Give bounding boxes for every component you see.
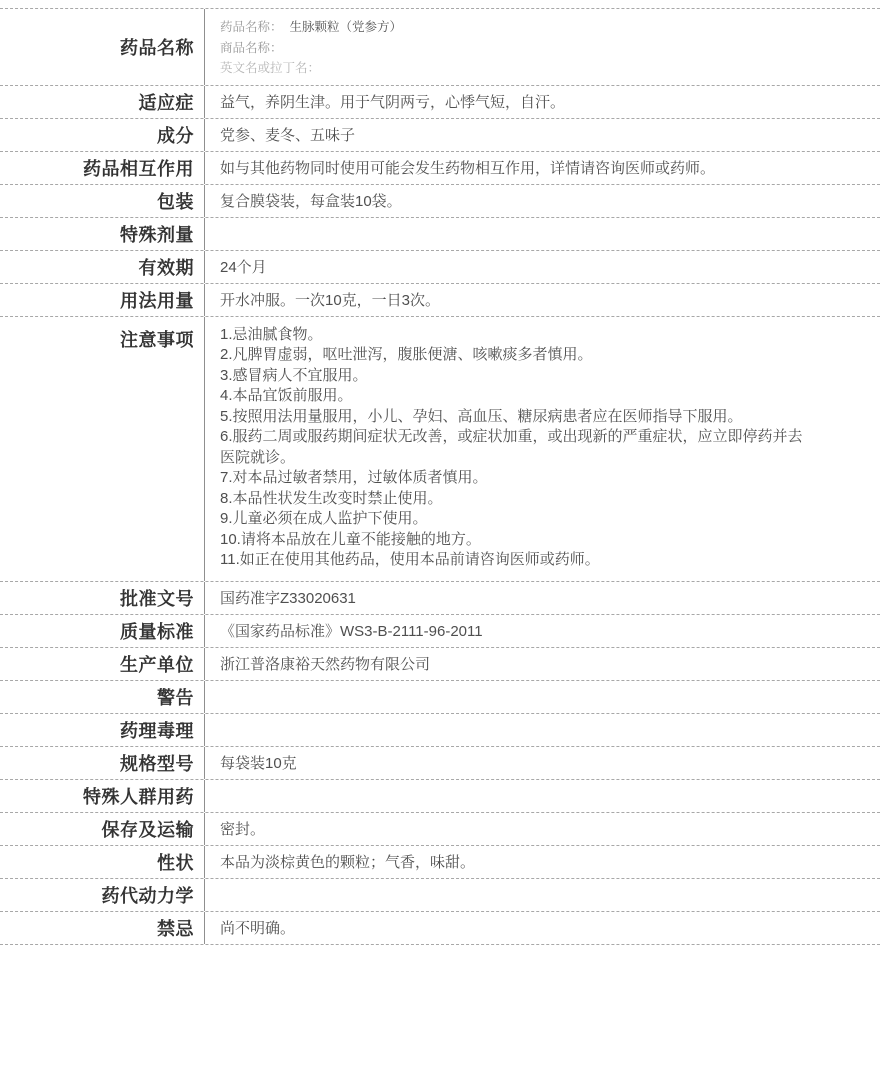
precautions-cell: 1.忌油腻食物。 2.凡脾胃虚弱，呕吐泄泻，腹胀便溏、咳嗽痰多者慎用。 3.感冒… (205, 317, 880, 581)
row-value (205, 879, 880, 911)
table-row-special-dosage: 特殊剂量 (0, 218, 880, 251)
table-row-precautions: 注意事项 1.忌油腻食物。 2.凡脾胃虚弱，呕吐泄泻，腹胀便溏、咳嗽痰多者慎用。… (0, 317, 880, 582)
row-value: 浙江普洛康裕天然药物有限公司 (205, 648, 880, 680)
page: 药品名称 药品名称：生脉颗粒（党参方） 商品名称： 英文名或拉丁名： 适应症 益… (0, 0, 880, 945)
table-row-pharmacology: 药理毒理 (0, 714, 880, 747)
note-line: 3.感冒病人不宜服用。 (220, 366, 865, 387)
table-row-approval-number: 批准文号 国药准字Z33020631 (0, 582, 880, 615)
table-row-special-population: 特殊人群用药 (0, 780, 880, 813)
row-value: 《国家药品标准》WS3-B-2111-96-2011 (205, 615, 880, 647)
table-row-interactions: 药品相互作用 如与其他药物同时使用可能会发生药物相互作用，详情请咨询医师或药师。 (0, 152, 880, 185)
row-value: 24个月 (205, 251, 880, 283)
row-value: 本品为淡棕黄色的颗粒；气香，味甜。 (205, 846, 880, 878)
row-label: 适应症 (0, 86, 205, 118)
note-line: 10.请将本品放在儿童不能接触的地方。 (220, 530, 865, 551)
table-row-specification: 规格型号 每袋装10克 (0, 747, 880, 780)
drug-info-table: 药品名称 药品名称：生脉颗粒（党参方） 商品名称： 英文名或拉丁名： 适应症 益… (0, 8, 880, 945)
field-value: 生脉颗粒（党参方） (290, 20, 403, 34)
row-value: 密封。 (205, 813, 880, 845)
row-label: 药代动力学 (0, 879, 205, 911)
table-row-dosage: 用法用量 开水冲服。一次10克，一日3次。 (0, 284, 880, 317)
row-label: 保存及运输 (0, 813, 205, 845)
row-label: 性状 (0, 846, 205, 878)
row-value: 益气，养阴生津。用于气阴两亏，心悸气短，自汗。 (205, 86, 880, 118)
row-label: 有效期 (0, 251, 205, 283)
table-row-contraindications: 禁忌 尚不明确。 (0, 912, 880, 945)
latin-name-line: 英文名或拉丁名： (220, 58, 865, 79)
row-value (205, 780, 880, 812)
row-value (205, 714, 880, 746)
row-value: 国药准字Z33020631 (205, 582, 880, 614)
row-value: 党参、麦冬、五味子 (205, 119, 880, 151)
field-key: 商品名称： (220, 41, 283, 55)
row-label: 用法用量 (0, 284, 205, 316)
drug-name-cell: 药品名称：生脉颗粒（党参方） 商品名称： 英文名或拉丁名： (205, 9, 880, 85)
row-value (205, 218, 880, 250)
drug-name-line: 药品名称：生脉颗粒（党参方） (220, 17, 865, 38)
row-value: 尚不明确。 (205, 912, 880, 944)
row-label: 药品名称 (0, 9, 205, 85)
row-label: 药理毒理 (0, 714, 205, 746)
row-label: 质量标准 (0, 615, 205, 647)
row-label: 规格型号 (0, 747, 205, 779)
field-key: 药品名称： (220, 20, 283, 34)
table-row-drug-name: 药品名称 药品名称：生脉颗粒（党参方） 商品名称： 英文名或拉丁名： (0, 9, 880, 86)
table-row-shelf-life: 有效期 24个月 (0, 251, 880, 284)
row-label: 特殊剂量 (0, 218, 205, 250)
field-key: 英文名或拉丁名： (220, 61, 320, 75)
row-label: 成分 (0, 119, 205, 151)
row-value: 复合膜袋装，每盒装10袋。 (205, 185, 880, 217)
row-label: 注意事项 (0, 317, 205, 581)
row-label: 生产单位 (0, 648, 205, 680)
table-row-manufacturer: 生产单位 浙江普洛康裕天然药物有限公司 (0, 648, 880, 681)
table-row-quality-standard: 质量标准 《国家药品标准》WS3-B-2111-96-2011 (0, 615, 880, 648)
row-value (205, 681, 880, 713)
trade-name-line: 商品名称： (220, 38, 865, 59)
note-line: 5.按照用法用量服用，小儿、孕妇、高血压、糖尿病患者应在医师指导下服用。 (220, 407, 865, 428)
note-line: 6.服药二周或服药期间症状无改善，或症状加重，或出现新的严重症状，应立即停药并去 (220, 427, 865, 448)
table-row-storage: 保存及运输 密封。 (0, 813, 880, 846)
note-line: 7.对本品过敏者禁用，过敏体质者慎用。 (220, 468, 865, 489)
row-value: 如与其他药物同时使用可能会发生药物相互作用，详情请咨询医师或药师。 (205, 152, 880, 184)
note-line: 9.儿童必须在成人监护下使用。 (220, 509, 865, 530)
table-row-properties: 性状 本品为淡棕黄色的颗粒；气香，味甜。 (0, 846, 880, 879)
row-value: 每袋装10克 (205, 747, 880, 779)
row-label: 警告 (0, 681, 205, 713)
note-line: 1.忌油腻食物。 (220, 325, 865, 346)
note-line: 2.凡脾胃虚弱，呕吐泄泻，腹胀便溏、咳嗽痰多者慎用。 (220, 345, 865, 366)
note-line: 8.本品性状发生改变时禁止使用。 (220, 489, 865, 510)
row-label: 批准文号 (0, 582, 205, 614)
table-row-pharmacokinetics: 药代动力学 (0, 879, 880, 912)
table-row-warning: 警告 (0, 681, 880, 714)
note-line: 医院就诊。 (220, 448, 865, 469)
row-value: 开水冲服。一次10克，一日3次。 (205, 284, 880, 316)
table-row-indications: 适应症 益气，养阴生津。用于气阴两亏，心悸气短，自汗。 (0, 86, 880, 119)
row-label: 特殊人群用药 (0, 780, 205, 812)
table-row-ingredients: 成分 党参、麦冬、五味子 (0, 119, 880, 152)
note-line: 11.如正在使用其他药品，使用本品前请咨询医师或药师。 (220, 550, 865, 571)
row-label: 禁忌 (0, 912, 205, 944)
row-label: 包装 (0, 185, 205, 217)
row-label: 药品相互作用 (0, 152, 205, 184)
table-row-packaging: 包装 复合膜袋装，每盒装10袋。 (0, 185, 880, 218)
note-line: 4.本品宜饭前服用。 (220, 386, 865, 407)
